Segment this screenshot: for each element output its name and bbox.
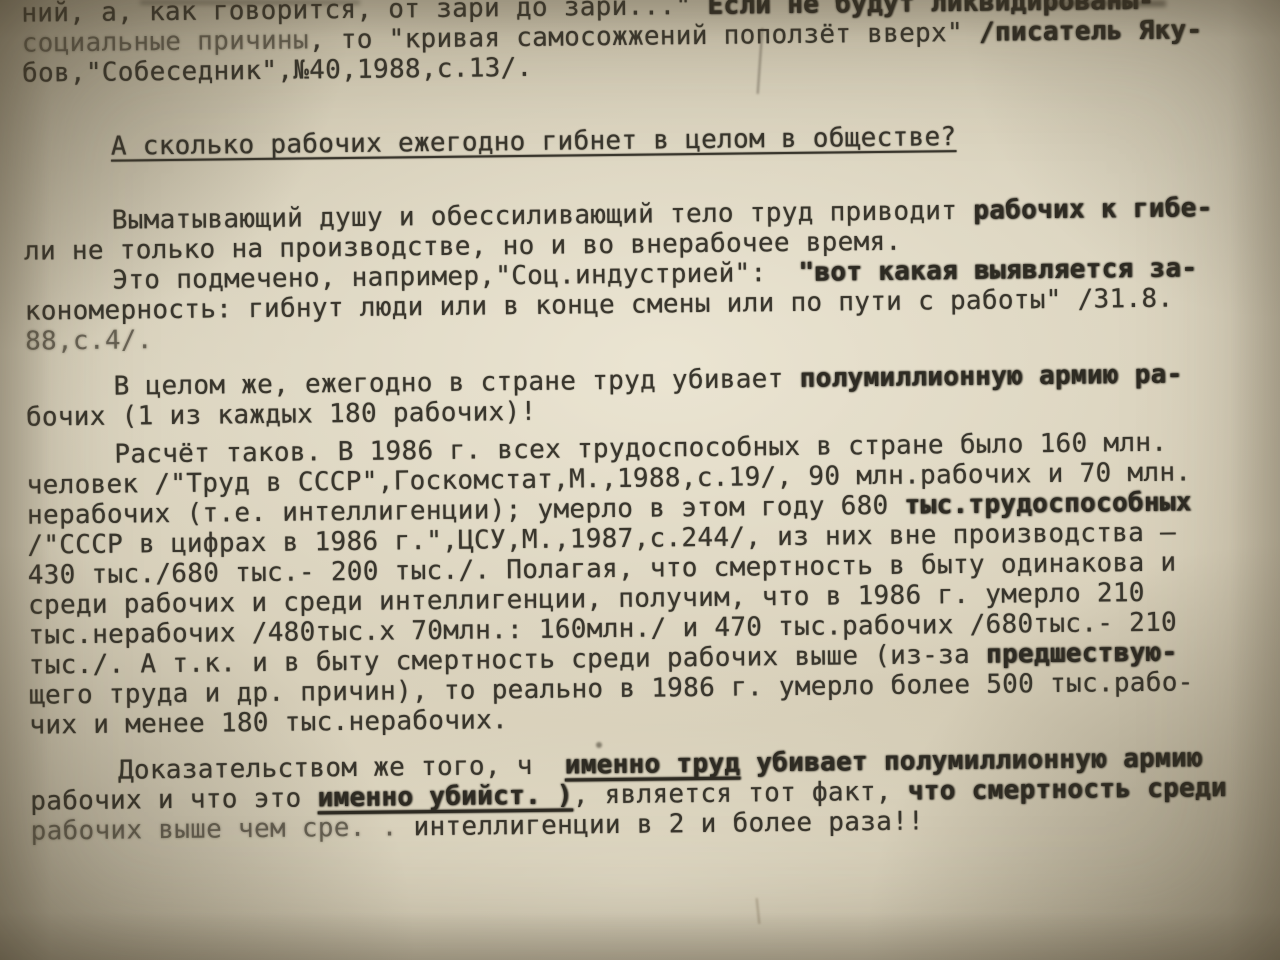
intro-fragment: ний, а, как говорится, от зари до зари..…: [21, 0, 1266, 89]
paragraph-1: Выматывающий душу и обессиливающий тело …: [24, 193, 1270, 357]
paragraph-2: В целом же, ежегодно в стране труд убива…: [25, 359, 1270, 433]
document-body: ний, а, как говорится, от зари до зари..…: [21, 0, 1275, 847]
text-run: что смертность среди: [908, 773, 1227, 807]
text-run: полумиллионную армию ра-: [799, 360, 1182, 394]
text-run: [740, 748, 756, 778]
scanned-page-photo: ний, а, как говорится, от зари до зари..…: [0, 0, 1280, 960]
text-run: "вот какая выявляется за-: [798, 253, 1197, 288]
text-run: именно труд: [564, 749, 740, 781]
text-run: тыс.трудоспособных: [904, 487, 1191, 520]
document-heading: А сколько рабочих ежегодно гибнет в цело…: [23, 119, 1267, 163]
text-run: чих и менее 180 тыс.нерабочих.: [29, 705, 508, 740]
text-run: интеллигенции в 2 и более раза!!: [413, 806, 924, 842]
text-run: А сколько рабочих ежегодно гибнет в цело…: [111, 122, 957, 162]
text-run: рабочих выше чем сре. .: [31, 812, 414, 846]
text-line: А сколько рабочих ежегодно гибнет в цело…: [23, 119, 1267, 163]
paragraph-3: Расчёт таков. В 1986 г. всех трудоспособ…: [26, 427, 1273, 741]
text-run: именно убийст. ): [317, 780, 573, 813]
text-run: , является тот факт,: [573, 777, 908, 811]
paper-fiber: [756, 898, 761, 924]
text-run: социальные причины: [22, 25, 309, 58]
text-run: рабочих и что это: [30, 783, 317, 816]
text-run: бов,"Собеседник",№40,1988,с.13/.: [22, 53, 533, 89]
text-run: /писатель Яку-: [979, 15, 1203, 48]
text-run: бочих (1 из каждых 180 рабочих)!: [26, 397, 537, 433]
text-run: рабочих к гибе-: [973, 193, 1213, 226]
text-run: предшествую-: [986, 638, 1178, 670]
paragraph-4: Доказательством же того, ч именно труд у…: [30, 743, 1275, 847]
text-run: 88,с.4/.: [25, 325, 153, 356]
